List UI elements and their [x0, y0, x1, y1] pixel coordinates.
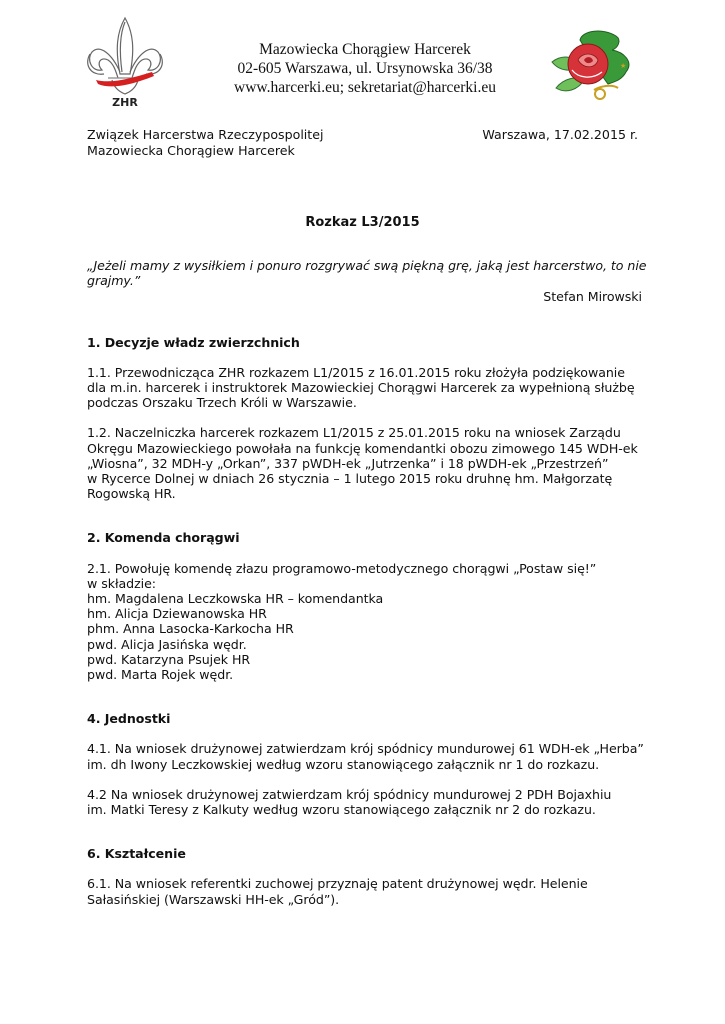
paragraph-line: 4.2 Na wniosek drużynowej zatwierdzam kr…: [87, 787, 642, 802]
rose-logo: ★: [542, 26, 642, 108]
paragraph-line: Rogowską HR.: [87, 486, 642, 501]
fleur-de-lis-zhr-icon: ZHR: [82, 14, 168, 110]
paragraph-line: im. Matki Teresy z Kalkuty według wzoru …: [87, 802, 642, 817]
paragraph-line: 1.2. Naczelniczka harcerek rozkazem L1/2…: [87, 425, 642, 440]
section-paragraph: 4.2 Na wniosek drużynowej zatwierdzam kr…: [87, 787, 642, 817]
paragraph-line: 1.1. Przewodnicząca ZHR rozkazem L1/2015…: [87, 365, 642, 380]
letterhead-name: Mazowiecka Chorągiew Harcerek: [200, 40, 530, 59]
paragraph-line: hm. Alicja Dziewanowska HR: [87, 606, 642, 621]
organization-unit: Mazowiecka Chorągiew Harcerek: [87, 143, 324, 159]
quote-author: Stefan Mirowski: [87, 289, 642, 304]
section-paragraph: 1.2. Naczelniczka harcerek rozkazem L1/2…: [87, 425, 642, 501]
letterhead-address: 02-605 Warszawa, ul. Ursynowska 36/38: [200, 59, 530, 78]
letterhead-contact: www.harcerki.eu; sekretariat@harcerki.eu: [200, 78, 530, 97]
quote-line: grajmy.”: [87, 273, 642, 288]
paragraph-line: phm. Anna Lasocka-Karkocha HR: [87, 621, 642, 636]
zhr-logo: ZHR: [82, 14, 168, 110]
document-title: Rozkaz L3/2015: [0, 215, 725, 230]
section-paragraph: 2.1. Powołuję komendę złazu programowo-m…: [87, 561, 642, 683]
paragraph-line: pwd. Katarzyna Psujek HR: [87, 652, 642, 667]
paragraph-line: Okręgu Mazowieckiego powołała na funkcję…: [87, 441, 642, 456]
paragraph-line: w składzie:: [87, 576, 642, 591]
paragraph-line: w Rycerce Dolnej w dniach 26 stycznia – …: [87, 471, 642, 486]
paragraph-line: Sałasińskiej (Warszawski HH-ek „Gród”).: [87, 892, 642, 907]
document-body: „Jeżeli mamy z wysiłkiem i ponuro rozgry…: [87, 258, 642, 907]
section-paragraph: 6.1. Na wniosek referentki zuchowej przy…: [87, 876, 642, 906]
svg-text:★: ★: [620, 62, 626, 70]
rose-clover-icon: ★: [542, 26, 642, 108]
paragraph-line: pwd. Marta Rojek wędr.: [87, 667, 642, 682]
paragraph-line: hm. Magdalena Leczkowska HR – komendantk…: [87, 591, 642, 606]
paragraph-line: 2.1. Powołuję komendę złazu programowo-m…: [87, 561, 642, 576]
section-heading: 4. Jednostki: [87, 711, 642, 726]
svg-text:ZHR: ZHR: [112, 96, 138, 109]
quote-line: „Jeżeli mamy z wysiłkiem i ponuro rozgry…: [87, 258, 642, 273]
motto-quote: „Jeżeli mamy z wysiłkiem i ponuro rozgry…: [87, 258, 642, 288]
paragraph-line: pwd. Alicja Jasińska wędr.: [87, 637, 642, 652]
section-heading: 6. Kształcenie: [87, 846, 642, 861]
organization-block: Związek Harcerstwa Rzeczypospolitej Mazo…: [87, 127, 324, 159]
section-heading: 1. Decyzje władz zwierzchnich: [87, 335, 642, 350]
paragraph-line: 4.1. Na wniosek drużynowej zatwierdzam k…: [87, 741, 642, 756]
section-paragraph: 1.1. Przewodnicząca ZHR rozkazem L1/2015…: [87, 365, 642, 411]
section-heading: 2. Komenda chorągwi: [87, 530, 642, 545]
paragraph-line: podczas Orszaku Trzech Króli w Warszawie…: [87, 395, 642, 410]
letterhead: Mazowiecka Chorągiew Harcerek 02-605 War…: [200, 40, 530, 97]
section-paragraph: 4.1. Na wniosek drużynowej zatwierdzam k…: [87, 741, 642, 771]
paragraph-line: „Wiosna”, 32 MDH-y „Orkan”, 337 pWDH-ek …: [87, 456, 642, 471]
paragraph-line: im. dh Iwony Leczkowskiej według wzoru s…: [87, 757, 642, 772]
paragraph-line: 6.1. Na wniosek referentki zuchowej przy…: [87, 876, 642, 891]
document-date: Warszawa, 17.02.2015 r.: [482, 127, 638, 143]
sections-container: 1. Decyzje władz zwierzchnich1.1. Przewo…: [87, 335, 642, 907]
organization-name: Związek Harcerstwa Rzeczypospolitej: [87, 127, 324, 143]
paragraph-line: dla m.in. harcerek i instruktorek Mazowi…: [87, 380, 642, 395]
